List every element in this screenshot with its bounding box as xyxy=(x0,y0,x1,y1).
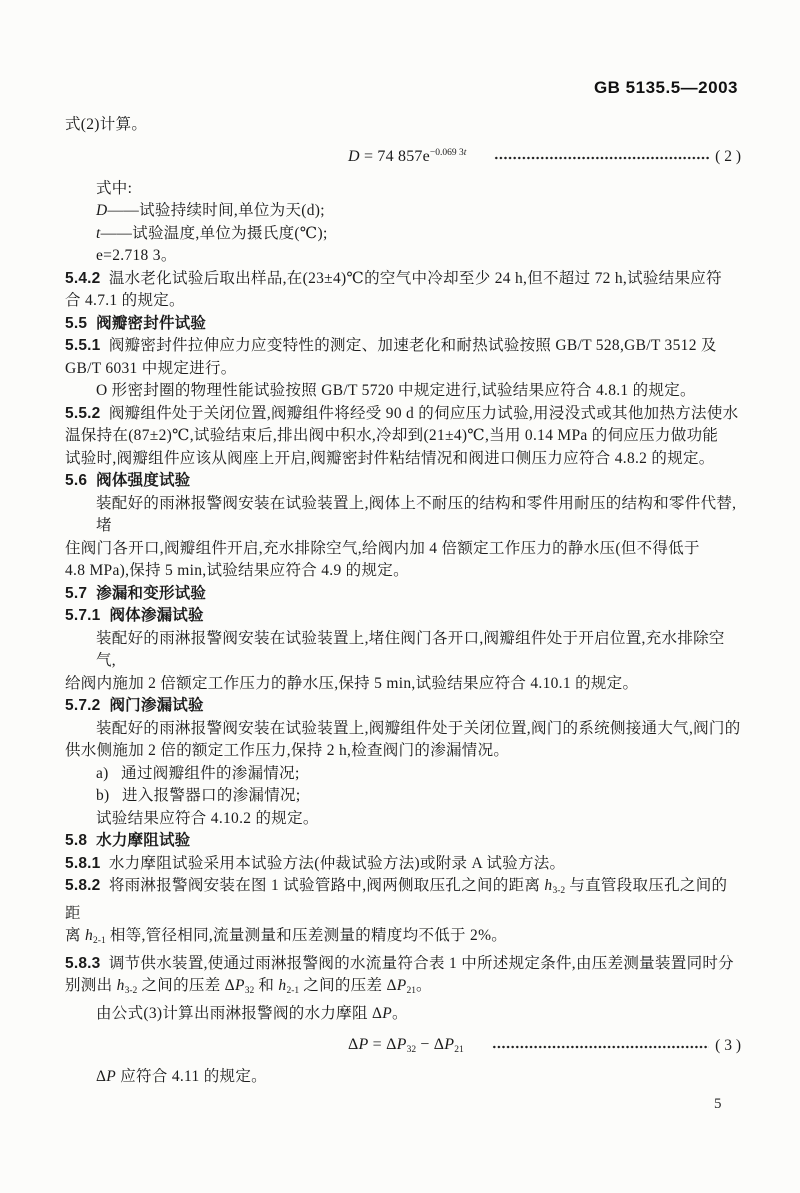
clause-line: 5.8.2 将雨淋报警阀安装在图 1 试验管路中,阀两侧取压孔之间的距离 h3-… xyxy=(65,875,741,925)
definition-line: D——试验持续时间,单位为天(d); xyxy=(65,200,741,223)
section-heading: 5.5 阀瓣密封件试验 xyxy=(65,313,741,336)
definition-line: e=2.718 3。 xyxy=(65,245,741,268)
text-line: ΔP 应符合 4.11 的规定。 xyxy=(65,1066,741,1089)
standard-number: GB 5135.5—2003 xyxy=(594,78,738,98)
list-item: b) 进入报警器口的渗漏情况; xyxy=(65,785,741,808)
section-heading: 5.6 阀体强度试验 xyxy=(65,470,741,493)
dotted-leader xyxy=(494,156,709,160)
text-line: 试验结果应符合 4.10.2 的规定。 xyxy=(65,808,741,831)
list-item: a) 通过阀瓣组件的渗漏情况; xyxy=(65,763,741,786)
text-line: 别测出 h3-2 之间的压差 ΔP32 和 h2-1 之间的压差 ΔP21。 xyxy=(65,975,741,1003)
text-line: 合 4.7.1 的规定。 xyxy=(65,290,741,313)
section-heading: 5.7.1 阀体渗漏试验 xyxy=(65,605,741,628)
clause-line: 5.5.1 阀瓣密封件拉伸应力应变特性的测定、加速老化和耐热试验按照 GB/T … xyxy=(65,335,741,358)
text-line: 由公式(3)计算出雨淋报警阀的水力摩阻 ΔP。 xyxy=(65,1003,741,1026)
text-line: 装配好的雨淋报警阀安装在试验装置上,阀体上不耐压的结构和零件用耐压的结构和零件代… xyxy=(65,493,741,538)
formula-3-expression: ΔP = ΔP32 − ΔP21 xyxy=(348,1036,464,1055)
document-page: GB 5135.5—2003 式(2)计算。 D = 74 857e−0.069… xyxy=(0,0,800,1193)
definition-line: t——试验温度,单位为摄氏度(℃); xyxy=(65,223,741,246)
dotted-leader xyxy=(492,1045,709,1049)
section-heading: 5.7.2 阀门渗漏试验 xyxy=(65,695,741,718)
text-line: 住阀门各开口,阀瓣组件开启,充水排除空气,给阀内加 4 倍额定工作压力的静水压(… xyxy=(65,538,741,561)
text-line: 4.8 MPa),保持 5 min,试验结果应符合 4.9 的规定。 xyxy=(65,560,741,583)
text-line: O 形密封圈的物理性能试验按照 GB/T 5720 中规定进行,试验结果应符合 … xyxy=(65,380,741,403)
text-line: 装配好的雨淋报警阀安装在试验装置上,阀瓣组件处于关闭位置,阀门的系统侧接通大气,… xyxy=(65,718,741,741)
section-heading: 5.8 水力摩阻试验 xyxy=(65,830,741,853)
text-line: 温保持在(87±2)℃,试验结束后,排出阀中积水,冷却到(21±4)℃,当用 0… xyxy=(65,425,741,448)
formula-2: D = 74 857e−0.069 3t ( 2 ) xyxy=(65,146,741,169)
formula-2-expression: D = 74 857e−0.069 3t xyxy=(348,148,466,166)
clause-line: 5.5.2 阀瓣组件处于关闭位置,阀瓣组件将经受 90 d 的伺应压力试验,用浸… xyxy=(65,403,741,426)
clause-line: 5.8.1 水力摩阻试验采用本试验方法(仲裁试验方法)或附录 A 试验方法。 xyxy=(65,853,741,876)
text-line: 试验时,阀瓣组件应该从阀座上开启,阀瓣密封件粘结情况和阀进口侧压力应符合 4.8… xyxy=(65,448,741,471)
clause-line: 5.8.3 调节供水装置,使通过雨淋报警阀的水流量符合表 1 中所述规定条件,由… xyxy=(65,953,741,976)
text-line: GB/T 6031 中规定进行。 xyxy=(65,358,741,381)
formula-3-number: ( 3 ) xyxy=(715,1037,741,1055)
formula-2-number: ( 2 ) xyxy=(715,148,741,166)
text-line: 式(2)计算。 xyxy=(65,114,741,137)
document-content: 式(2)计算。 D = 74 857e−0.069 3t ( 2 ) 式中: D… xyxy=(65,114,741,1089)
formula-3: ΔP = ΔP32 − ΔP21 ( 3 ) xyxy=(65,1034,741,1057)
clause-line: 5.4.2 温水老化试验后取出样品,在(23±4)℃的空气中冷却至少 24 h,… xyxy=(65,268,741,291)
page-number: 5 xyxy=(714,1096,722,1113)
text-line: 离 h2-1 相等,管径相同,流量测量和压差测量的精度均不低于 2%。 xyxy=(65,925,741,953)
section-heading: 5.7 渗漏和变形试验 xyxy=(65,583,741,606)
text-line: 供水侧施加 2 倍的额定工作压力,保持 2 h,检查阀门的渗漏情况。 xyxy=(65,740,741,763)
text-line: 给阀内施加 2 倍额定工作压力的静水压,保持 5 min,试验结果应符合 4.1… xyxy=(65,673,741,696)
text-line: 装配好的雨淋报警阀安装在试验装置上,堵住阀门各开口,阀瓣组件处于开启位置,充水排… xyxy=(65,628,741,673)
text-line: 式中: xyxy=(65,178,741,201)
